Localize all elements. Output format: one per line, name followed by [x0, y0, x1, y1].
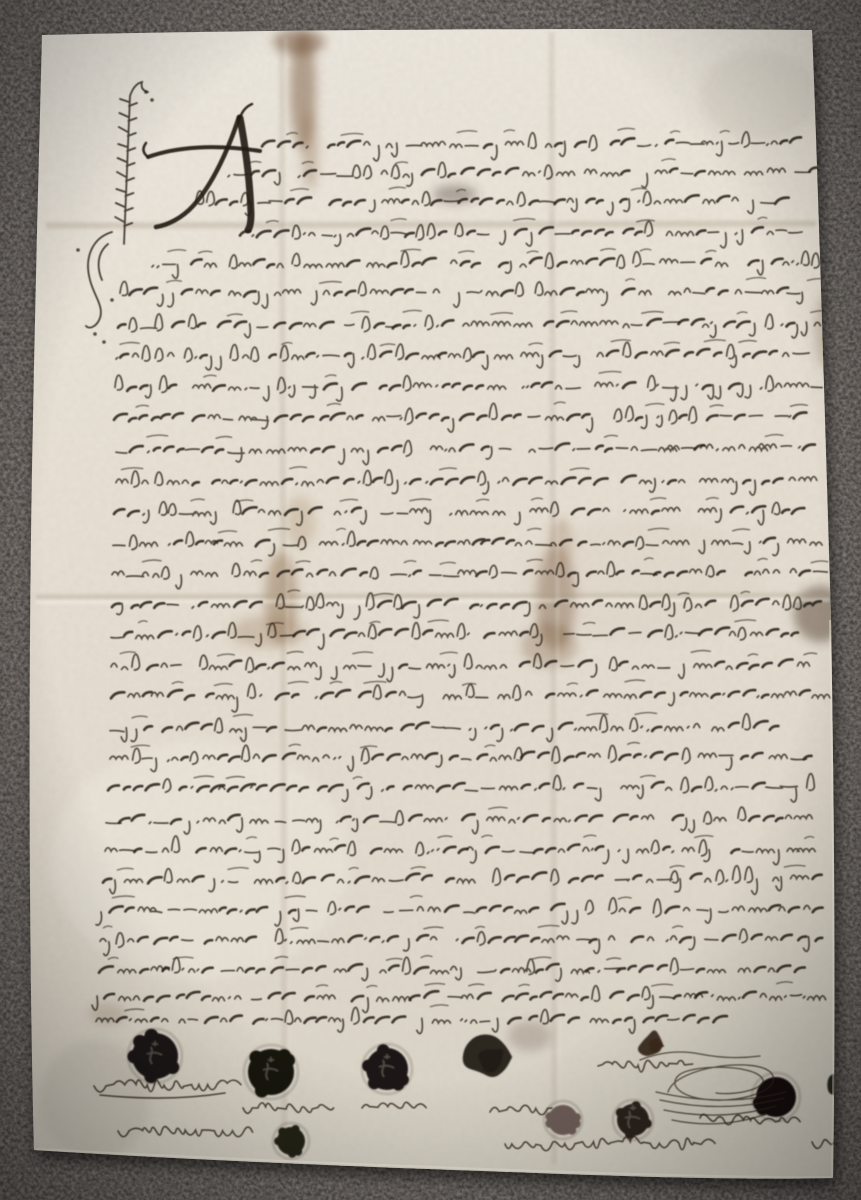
- manuscript-photo: [0, 0, 861, 1200]
- manuscript-photo-scene: [0, 0, 861, 1200]
- photo-vignette: [0, 0, 861, 1200]
